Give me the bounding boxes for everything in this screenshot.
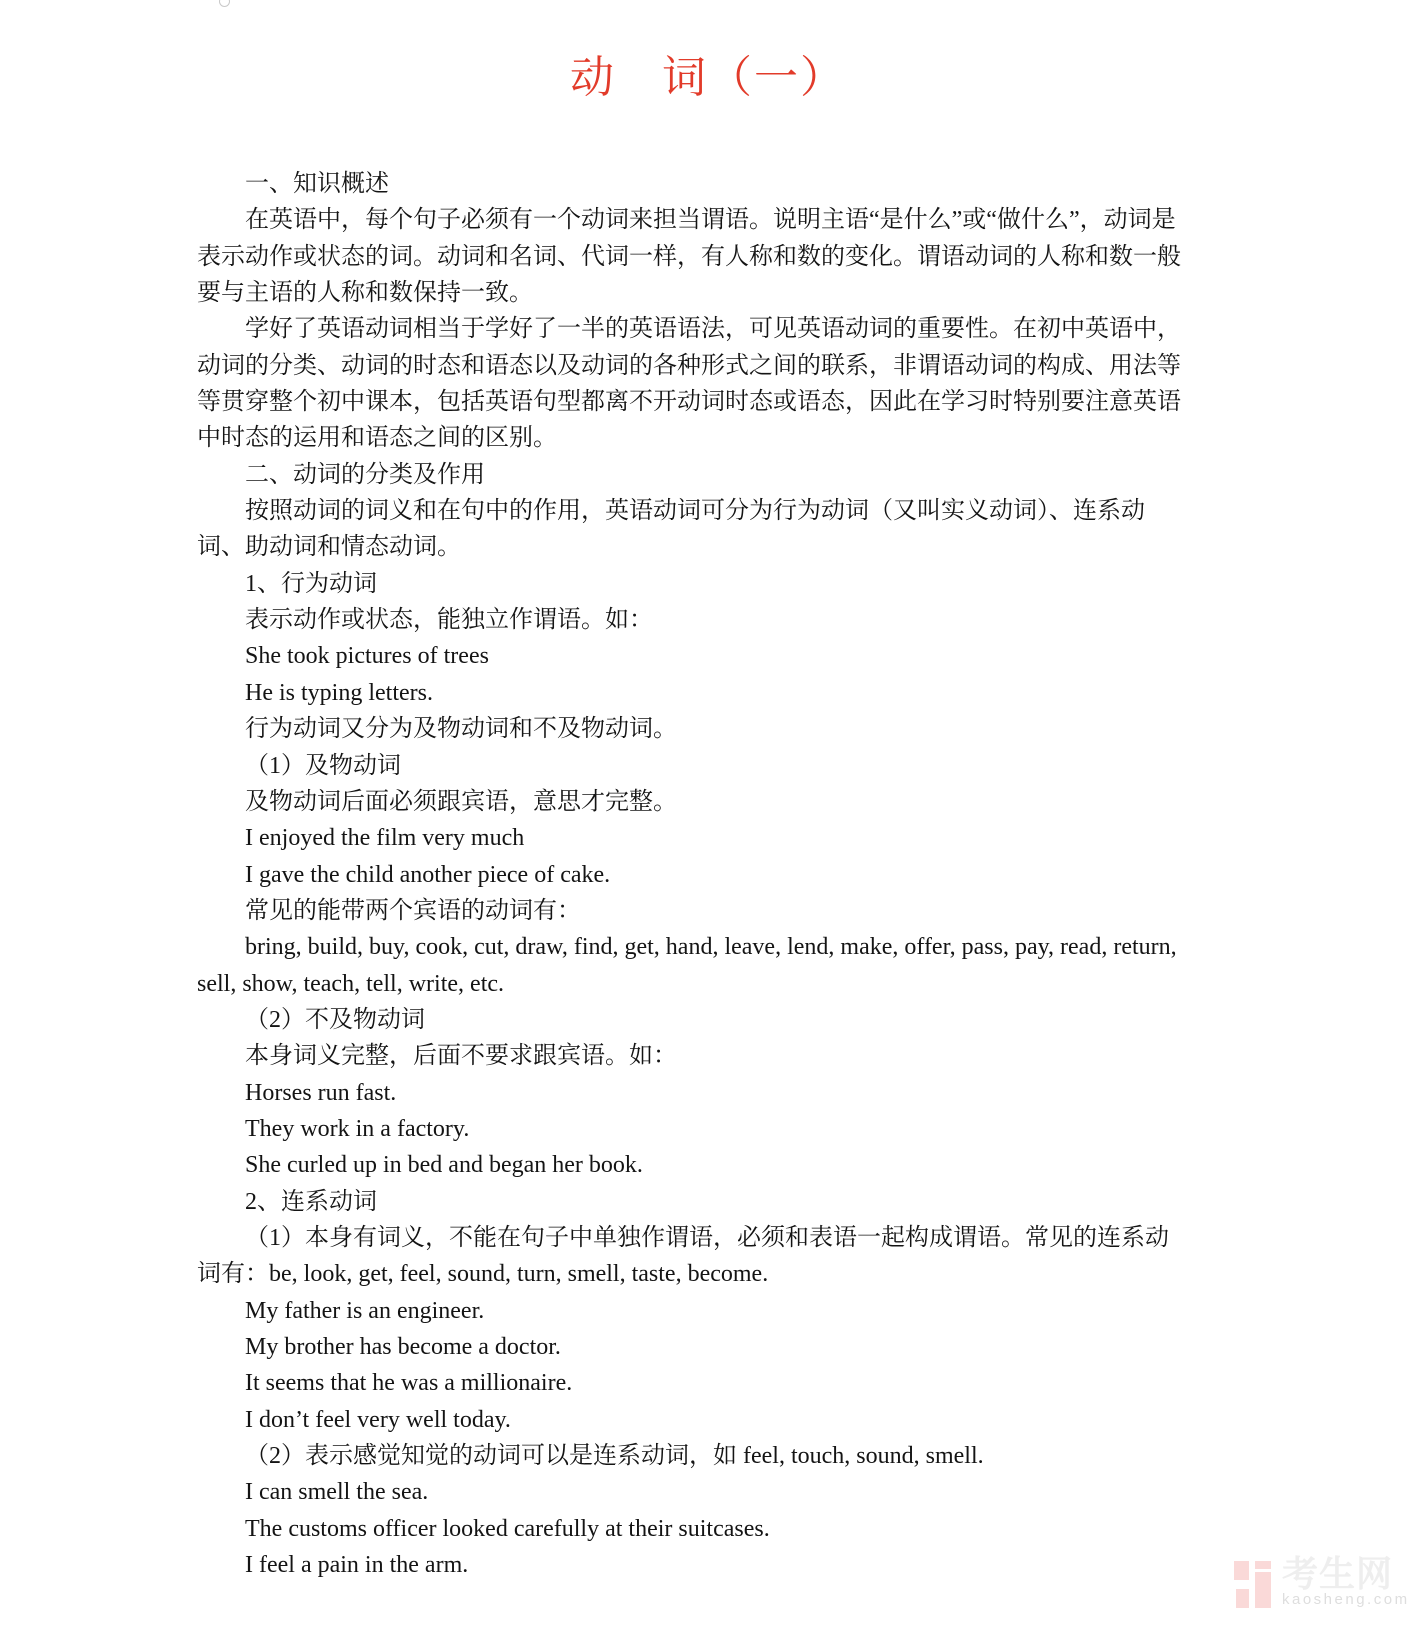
paragraph: The customs officer looked carefully at … <box>197 1511 1182 1547</box>
paragraph: Horses run fast. <box>197 1075 1182 1111</box>
paragraph: （1）本身有词义，不能在句子中单独作谓语，必须和表语一起构成谓语。常见的连系动词… <box>197 1220 1182 1293</box>
paragraph: She took pictures of trees <box>197 638 1182 674</box>
paragraph: 行为动词又分为及物动词和不及物动词。 <box>197 711 1182 747</box>
paragraph: 1、行为动词 <box>197 566 1182 602</box>
logo-block <box>1234 1561 1249 1580</box>
paragraph: （1）及物动词 <box>197 748 1182 784</box>
paragraph: They work in a factory. <box>197 1111 1182 1147</box>
paragraph: 按照动词的词义和在句中的作用，英语动词可分为行为动词（又叫实义动词）、连系动词、… <box>197 493 1182 566</box>
logo-block <box>1255 1561 1271 1569</box>
watermark-text: 考生网 kaosheng.com <box>1282 1556 1410 1608</box>
paragraph: bring, build, buy, cook, cut, draw, find… <box>197 929 1182 1002</box>
kaosheng-logo-icon <box>1234 1561 1272 1608</box>
paragraph: I gave the child another piece of cake. <box>197 857 1182 893</box>
paragraph: 一、知识概述 <box>197 166 1182 202</box>
paragraph: 表示动作或状态，能独立作谓语。如： <box>197 602 1182 638</box>
paragraph: It seems that he was a millionaire. <box>197 1365 1182 1401</box>
logo-block <box>1255 1572 1271 1608</box>
paragraph: 二、动词的分类及作用 <box>197 457 1182 493</box>
paragraph: 本身词义完整，后面不要求跟宾语。如： <box>197 1038 1182 1074</box>
paragraph: I can smell the sea. <box>197 1474 1182 1510</box>
watermark-site-name: 考生网 <box>1282 1556 1410 1592</box>
watermark: 考生网 kaosheng.com <box>1234 1556 1416 1626</box>
paragraph: （2）不及物动词 <box>197 1002 1182 1038</box>
paragraph: She curled up in bed and began her book. <box>197 1147 1182 1183</box>
logo-block <box>1236 1589 1249 1608</box>
paragraph: 及物动词后面必须跟宾语，意思才完整。 <box>197 784 1182 820</box>
paragraph: 在英语中，每个句子必须有一个动词来担当谓语。说明主语“是什么”或“做什么”，动词… <box>197 202 1182 311</box>
paragraph: （2）表示感觉知觉的动词可以是连系动词，如 feel, touch, sound… <box>197 1438 1182 1474</box>
paragraph: My father is an engineer. <box>197 1293 1182 1329</box>
paragraph: I enjoyed the film very much <box>197 820 1182 856</box>
paragraph: 2、连系动词 <box>197 1184 1182 1220</box>
paragraph: He is typing letters. <box>197 675 1182 711</box>
watermark-site-url: kaosheng.com <box>1282 1592 1410 1608</box>
paragraph: My brother has become a doctor. <box>197 1329 1182 1365</box>
document-body: 一、知识概述在英语中，每个句子必须有一个动词来担当谓语。说明主语“是什么”或“做… <box>197 166 1182 1583</box>
paragraph: I feel a pain in the arm. <box>197 1547 1182 1583</box>
paragraph: 常见的能带两个宾语的动词有： <box>197 893 1182 929</box>
paragraph: I don’t feel very well today. <box>197 1402 1182 1438</box>
paragraph: 学好了英语动词相当于学好了一半的英语语法，可见英语动词的重要性。在初中英语中，动… <box>197 311 1182 456</box>
page-title: 动 词（一） <box>0 0 1416 106</box>
paragraph-list: 一、知识概述在英语中，每个句子必须有一个动词来担当谓语。说明主语“是什么”或“做… <box>197 166 1182 1583</box>
